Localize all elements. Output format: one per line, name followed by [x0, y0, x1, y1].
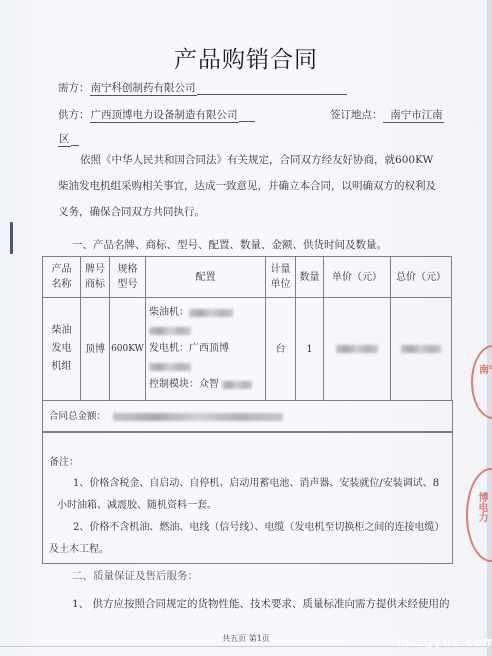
signing-place-label: 签订地点： — [330, 109, 383, 121]
config-alternator-model — [149, 358, 265, 376]
total-label: 合同总金额： — [49, 411, 106, 422]
header-brand: 牌号商标 — [81, 257, 110, 298]
redacted-total-amount — [113, 413, 283, 421]
signing-place-cont: 区 — [58, 131, 79, 146]
section1-heading: 一、产品名牌、商标、型号、配置、数量、金额、供货时间及数量。 — [72, 237, 387, 252]
redacted-controller — [222, 381, 252, 389]
config-alternator: 发电机：广西顶博 — [149, 340, 265, 358]
supplier-underline — [239, 109, 255, 122]
binding-mark — [10, 222, 13, 254]
cont-underline — [71, 133, 79, 146]
signing-place-text: 南宁市江南 — [390, 109, 443, 121]
header-config: 配置 — [146, 257, 266, 298]
section2-heading: 二、质量保证及售后服务： — [72, 568, 198, 583]
cell-config: 柴油机： 发电机：广西顶博 控制模块：众智 — [146, 298, 266, 401]
cell-product-name: 柴油发电机组 — [43, 298, 81, 401]
redacted-alternator-model — [149, 363, 191, 371]
redacted-engine-model — [149, 327, 191, 335]
table-row: 柴油发电机组 顶博 600KW 柴油机： 发电机：广西顶博 控制模块：众智 台 … — [43, 298, 452, 401]
cell-unit: 台 — [266, 298, 296, 401]
buyer-value: 南宁科创制药有限公司 — [90, 82, 197, 96]
signing-place-cont-text: 区 — [58, 133, 71, 147]
remarks-box: 备注： 1、价格含税金、自启动、自停机、启动用蓄电池、消声器、安装就位/安装调试… — [42, 432, 453, 564]
config-engine-model — [149, 322, 265, 340]
header-unit: 计量单位 — [266, 257, 296, 298]
stamp-top-text: 南宁 — [479, 361, 492, 376]
header-unit-price: 单价（元） — [324, 257, 391, 298]
header-total-price: 总价（元） — [391, 257, 452, 298]
cell-total-price — [391, 298, 452, 401]
supplier-label: 供方： — [58, 109, 90, 121]
supplier-value: 广西顶博电力设备制造有限公司 — [90, 109, 239, 123]
watermark: m.zgyus.com — [397, 635, 492, 649]
redacted-total-price — [401, 345, 441, 353]
header-product-name: 产品名称 — [43, 257, 81, 298]
config-engine: 柴油机： — [149, 304, 265, 322]
config-controller: 控制模块：众智 — [149, 376, 265, 394]
remark-item-1-line2: 小时油箱、减震胶、随机资料一套。 — [57, 495, 457, 516]
cell-model: 600KW — [110, 298, 146, 401]
redacted-engine — [189, 309, 233, 317]
remarks-heading: 备注： — [49, 453, 79, 468]
buyer-label: 需方： — [58, 82, 90, 94]
supplier-line: 供方：广西顶博电力设备制造有限公司 — [58, 107, 255, 122]
remark-item-2-line2: 及土木工程。 — [49, 539, 449, 560]
cell-brand: 顶博 — [81, 298, 110, 401]
remark-item-2-line1: 2、价格不含机油、燃油、电线（信号线）、电缆（发电机至切换柜之间的连接电缆） — [73, 517, 453, 538]
table-header-row: 产品名称 牌号商标 规格型号 配置 计量单位 数量 单价（元） 总价（元） — [43, 257, 452, 298]
contract-total-row: 合同总金额： — [42, 400, 453, 432]
signing-place-value: 南宁市江南 — [383, 109, 444, 123]
remark-item-1-line1: 1、价格含税金、自启动、自停机、启动用蓄电池、消声器、安装就位/安装调试、8 — [73, 473, 453, 494]
intro-paragraph: 依照《中华人民共和国合同法》有关规定，合同双方经友好协商，就600KW柴油发电机… — [58, 147, 442, 225]
product-table: 产品名称 牌号商标 规格型号 配置 计量单位 数量 单价（元） 总价（元） 柴油… — [42, 256, 452, 401]
buyer-underline — [197, 82, 347, 95]
section2-item-1: 1、 供方应按照合同规定的货物性能、技术要求、质量标准向需方提供未经使用的 — [72, 596, 450, 611]
document-title: 产品购销合同 — [0, 41, 492, 74]
signing-place-line: 签订地点： 南宁市江南 — [330, 107, 444, 122]
header-model: 规格型号 — [110, 257, 146, 298]
stamp-bottom-text: 博电力 — [474, 492, 489, 522]
header-quantity: 数量 — [296, 257, 324, 298]
redacted-unit-price — [336, 345, 378, 353]
cell-unit-price — [324, 298, 391, 401]
cell-quantity: 1 — [296, 298, 324, 401]
buyer-line: 需方：南宁科创制药有限公司 — [58, 80, 347, 95]
